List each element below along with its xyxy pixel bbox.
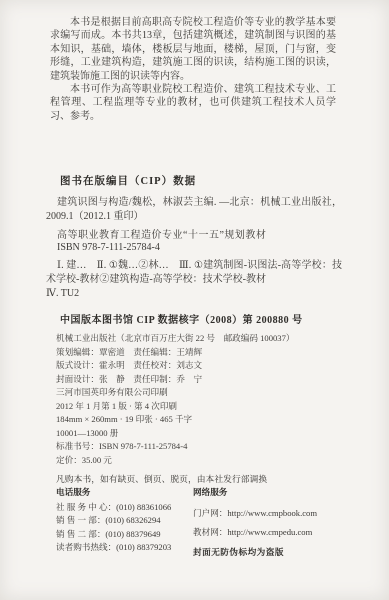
imprint-price: 定价：35.00 元 xyxy=(56,454,346,468)
imprint-standard-isbn: 标准书号：ISBN 978-7-111-25784-4 xyxy=(56,440,346,454)
book-copyright-page: 本书是根据目前高职高专院校工程造价等专业的教学基本要求编写而成。本书共13章，包… xyxy=(0,0,389,600)
intro-abstract: 本书是根据目前高职高专院校工程造价等专业的教学基本要求编写而成。本书共13章，包… xyxy=(50,16,336,123)
cip-series-title: 高等职业教育工程造价专业“十一五”规划教材 xyxy=(57,226,266,241)
phone-service-column: 电话服务 社 服 务 中 心：(010) 88361066 销 售 一 部：(0… xyxy=(56,486,171,555)
cip-heading: 图书在版编目（CIP）数据 xyxy=(60,173,196,188)
cip-record: 建筑识图与构造/魏松，林淑芸主编. —北京：机械工业出版社，2009.1（201… xyxy=(46,196,342,223)
cip-classification: Ⅰ. 建… Ⅱ. ①魏…②林… Ⅲ. ①建筑制图-识图法-高等学校：技术学校-教… xyxy=(46,259,342,300)
network-service-column: 网络服务 门户网：http://www.cmpbook.com 教材网：http… xyxy=(193,486,317,558)
phone-service-header: 电话服务 xyxy=(56,486,171,500)
cip-classification-code: Ⅳ. TU2 xyxy=(46,287,342,301)
imprint-format: 184mm × 260mm · 19 印张 · 465 千字 xyxy=(56,413,346,427)
imprint-print-run: 10001—13000 册 xyxy=(56,427,346,441)
anti-piracy-notice: 封面无防伪标均为盗版 xyxy=(193,546,317,558)
cip-registry-number: 中国版本图书馆 CIP 数据核字（2008）第 200880 号 xyxy=(60,311,303,326)
phone-line: 销 售 二 部：(010) 88379649 xyxy=(56,528,171,542)
imprint-publisher: 机械工业出版社（北京市百万庄大街 22 号 邮政编码 100037） xyxy=(56,332,346,346)
intro-paragraph-2: 本书可作为高等职业院校工程造价、建筑工程技术专业、工程管理、工程监理等专业的教材… xyxy=(50,83,336,123)
imprint-block: 机械工业出版社（北京市百万庄大街 22 号 邮政编码 100037） 策划编辑：… xyxy=(56,332,346,467)
cip-isbn: ISBN 978-7-111-25784-4 xyxy=(57,242,160,253)
intro-paragraph-1: 本书是根据目前高职高专院校工程造价等专业的教学基本要求编写而成。本书共13章，包… xyxy=(50,16,336,83)
phone-line: 销 售 一 部：(010) 68326294 xyxy=(56,514,171,528)
cip-classification-main: Ⅰ. 建… Ⅱ. ①魏…②林… Ⅲ. ①建筑制图-识图法-高等学校：技术学校-教… xyxy=(46,260,342,285)
phone-line: 社 服 务 中 心：(010) 88361066 xyxy=(56,501,171,515)
imprint-edition: 2012 年 1 月第 1 版 · 第 4 次印刷 xyxy=(56,400,346,414)
imprint-cover-design: 封面设计：张 静 责任印制：乔 宁 xyxy=(56,373,346,387)
portal-url: 门户网：http://www.cmpbook.com xyxy=(193,507,317,519)
imprint-editors: 策划编辑：覃密道 责任编辑：王靖辉 xyxy=(56,346,346,360)
imprint-layout-design: 版式设计：霍永明 责任校对：刘志文 xyxy=(56,359,346,373)
phone-line: 读者购书热线：(010) 88379203 xyxy=(56,541,171,555)
textbook-url: 教材网：http://www.cmpedu.com xyxy=(193,526,317,538)
imprint-printer: 三河市国英印务有限公司印刷 xyxy=(56,386,346,400)
network-service-header: 网络服务 xyxy=(193,486,317,498)
replacement-notice: 凡购本书，如有缺页、倒页、脱页，由本社发行部调换 xyxy=(56,472,267,485)
